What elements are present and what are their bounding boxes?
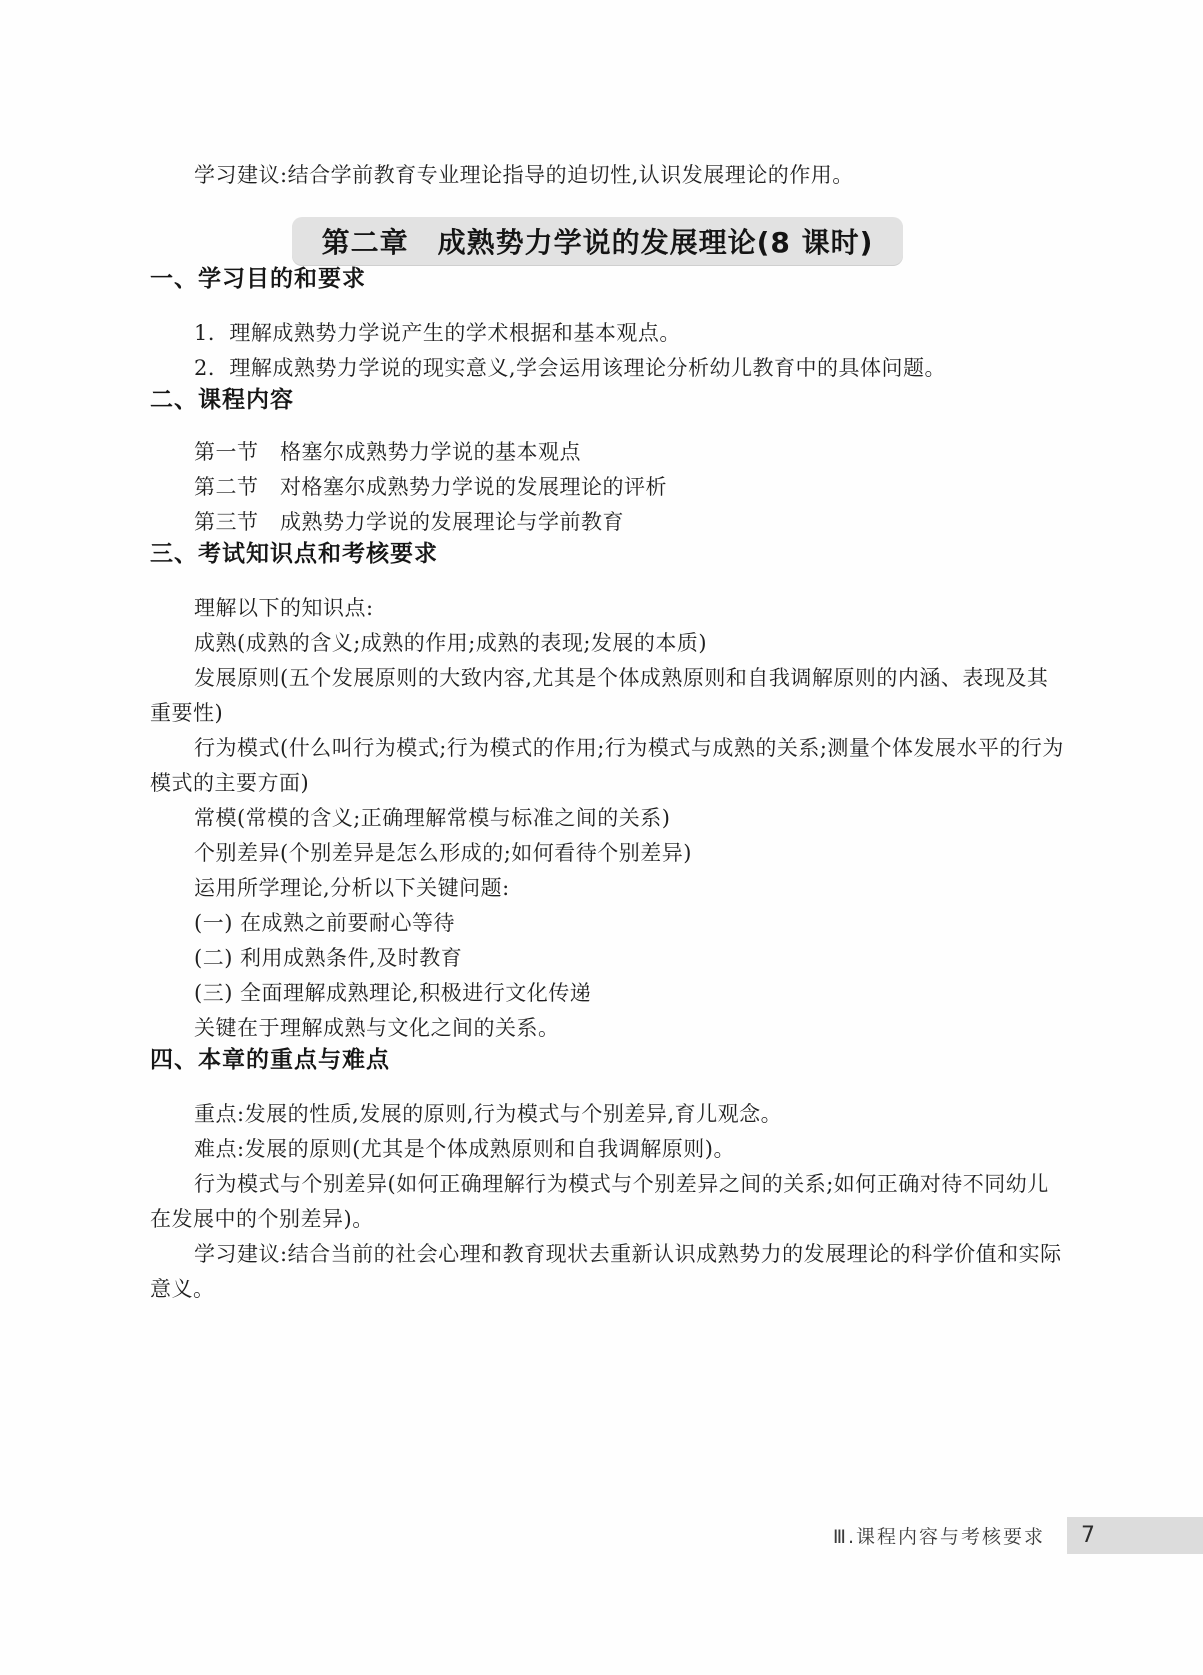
chapter-title: 第二章 成熟势力学说的发展理论(8 课时) <box>322 221 874 261</box>
paragraph: 常模(常模的含义;正确理解常模与标准之间的关系) <box>150 801 1065 836</box>
paragraph: 个别差异(个别差异是怎么形成的;如何看待个别差异) <box>150 836 1065 871</box>
paragraph: 第一节 格塞尔成熟势力学说的基本观点 <box>150 435 1065 470</box>
paragraph: 第三节 成熟势力学说的发展理论与学前教育 <box>150 505 1065 540</box>
section-4-body: 重点:发展的性质,发展的原则,行为模式与个别差异,育儿观念。 难点:发展的原则(… <box>150 1097 1065 1307</box>
paragraph: 成熟(成熟的含义;成熟的作用;成熟的表现;发展的本质) <box>150 626 1065 661</box>
page-number-badge: 7 <box>1067 1517 1203 1554</box>
page-content: 学习建议:结合学前教育专业理论指导的迫切性,认识发展理论的作用。 第二章 成熟势… <box>150 158 1065 1307</box>
intro-paragraph: 学习建议:结合学前教育专业理论指导的迫切性,认识发展理论的作用。 <box>150 158 1065 193</box>
paragraph: 发展原则(五个发展原则的大致内容,尤其是个体成熟原则和自我调解原则的内涵、表现及… <box>150 661 1065 731</box>
paragraph: 1．理解成熟势力学说产生的学术根据和基本观点。 <box>150 316 1065 351</box>
paragraph: 行为模式与个别差异(如何正确理解行为模式与个别差异之间的关系;如何正确对待不同幼… <box>150 1167 1065 1237</box>
section-2-body: 第一节 格塞尔成熟势力学说的基本观点 第二节 对格塞尔成熟势力学说的发展理论的评… <box>150 435 1065 540</box>
paragraph: 学习建议:结合当前的社会心理和教育现状去重新认识成熟势力的发展理论的科学价值和实… <box>150 1237 1065 1307</box>
page-footer: Ⅲ.课程内容与考核要求 7 <box>0 1517 1203 1554</box>
paragraph: (二) 利用成熟条件,及时教育 <box>150 941 1065 976</box>
section-heading-4: 四、本章的重点与难点 <box>150 1046 1065 1074</box>
document-page: 学习建议:结合学前教育专业理论指导的迫切性,认识发展理论的作用。 第二章 成熟势… <box>0 0 1203 1675</box>
paragraph: (一) 在成熟之前要耐心等待 <box>150 906 1065 941</box>
paragraph: 理解以下的知识点: <box>150 591 1065 626</box>
paragraph: 运用所学理论,分析以下关键问题: <box>150 871 1065 906</box>
chapter-heading-box: 第二章 成熟势力学说的发展理论(8 课时) <box>292 217 903 265</box>
paragraph: 难点:发展的原则(尤其是个体成熟原则和自我调解原则)。 <box>150 1132 1065 1167</box>
paragraph: 关键在于理解成熟与文化之间的关系。 <box>150 1011 1065 1046</box>
paragraph: 重点:发展的性质,发展的原则,行为模式与个别差异,育儿观念。 <box>150 1097 1065 1132</box>
page-number: 7 <box>1067 1523 1095 1548</box>
paragraph: 2．理解成熟势力学说的现实意义,学会运用该理论分析幼儿教育中的具体问题。 <box>150 351 1065 386</box>
paragraph: (三) 全面理解成熟理论,积极进行文化传递 <box>150 976 1065 1011</box>
section-heading-2: 二、课程内容 <box>150 386 1065 414</box>
section-3-body: 理解以下的知识点: 成熟(成熟的含义;成熟的作用;成熟的表现;发展的本质) 发展… <box>150 591 1065 1046</box>
paragraph: 第二节 对格塞尔成熟势力学说的发展理论的评析 <box>150 470 1065 505</box>
section-heading-3: 三、考试知识点和考核要求 <box>150 540 1065 568</box>
section-heading-1: 一、学习目的和要求 <box>150 265 1065 293</box>
footer-section-label: Ⅲ.课程内容与考核要求 <box>833 1522 1045 1549</box>
section-1-body: 1．理解成熟势力学说产生的学术根据和基本观点。 2．理解成熟势力学说的现实意义,… <box>150 316 1065 386</box>
paragraph: 行为模式(什么叫行为模式;行为模式的作用;行为模式与成熟的关系;测量个体发展水平… <box>150 731 1065 801</box>
